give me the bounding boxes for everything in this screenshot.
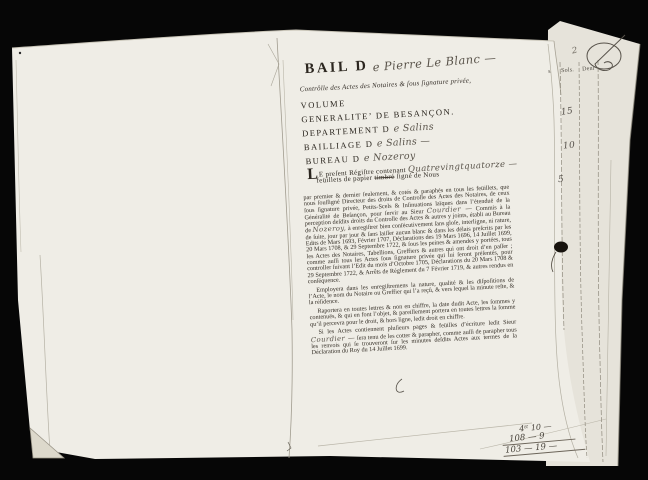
column-header-fragment: s	[548, 69, 551, 75]
column-header-deniers: Deni	[582, 66, 595, 73]
form-paragraph-1: par premier & dernier ſeulement, & cotés…	[303, 185, 513, 286]
handwritten-departement-value: e Salins	[393, 121, 434, 134]
field-label: VOLUME	[300, 98, 346, 110]
field-label: BAILLIAGE D	[304, 139, 374, 153]
handwritten-party-name: e Pierre Le Blanc —	[372, 51, 497, 75]
handwritten-bailliage-value: e Salins —	[377, 136, 431, 150]
printed-form-page: BAIL D e Pierre Le Blanc — Contrôlle des…	[288, 44, 531, 415]
struck-word: timbré	[374, 173, 394, 182]
field-label: DEPARTEMENT D	[302, 124, 391, 139]
form-body-text: par premier & dernier ſeulement, & cotés…	[303, 185, 517, 360]
ledger-entry: 5	[557, 175, 564, 186]
form-title-row: BAIL D e Pierre Le Blanc —	[304, 50, 496, 78]
ledger-entry: 15	[560, 106, 574, 118]
register-intro-text: ſigné de Nous	[396, 170, 439, 180]
field-volume: VOLUME	[300, 98, 346, 111]
form-subtitle: Contrôlle des Actes des Notaires & ſous …	[300, 76, 472, 93]
scanned-register-photo: BAIL D e Pierre Le Blanc — Contrôlle des…	[0, 0, 648, 480]
form-title: BAIL D	[304, 58, 369, 77]
column-header-sols: Sols.	[561, 67, 574, 74]
register-intro-text: feüillets de papier	[316, 174, 372, 185]
ledger-entry: 10	[563, 140, 576, 151]
handwritten-squiggle-mark: 2	[571, 46, 578, 57]
